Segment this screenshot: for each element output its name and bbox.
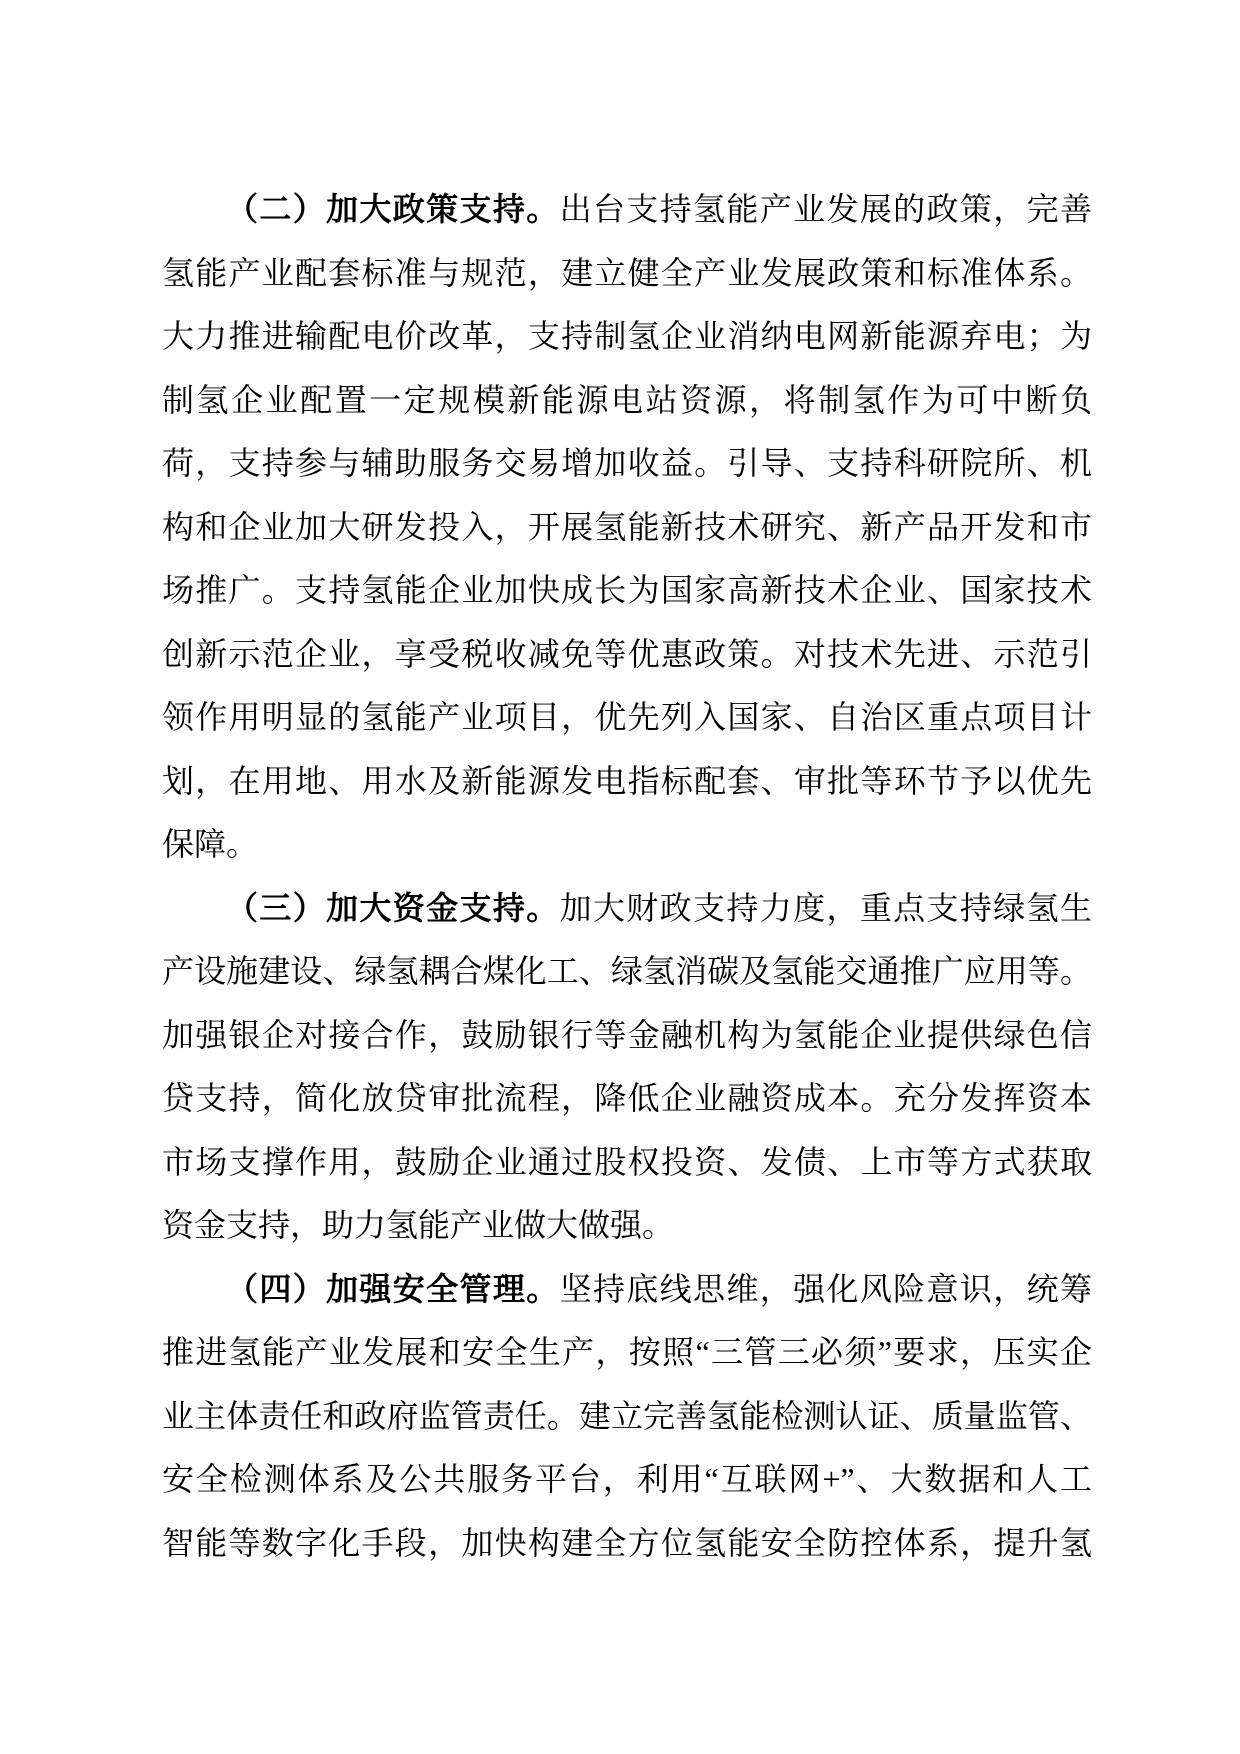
text-line: 业主体责任和政府监管责任。建立完善氢能检测认证、质量监管、 (162, 1385, 1092, 1449)
paragraph-2: （二）加大政策支持。出台支持氢能产业发展的政策，完善氢能产业配套标准与规范，建立… (162, 178, 1092, 877)
text-line: 荷，支持参与辅助服务交易增加收益。引导、支持科研院所、机 (162, 432, 1092, 496)
text-line: 创新示范企业，享受税收减免等优惠政策。对技术先进、示范引 (162, 623, 1092, 687)
text-line: 加强银企对接合作，鼓励银行等金融机构为氢能企业提供绿色信 (162, 1004, 1092, 1068)
document-body: （二）加大政策支持。出台支持氢能产业发展的政策，完善氢能产业配套标准与规范，建立… (162, 178, 1092, 1575)
text-line: 领作用明显的氢能产业项目，优先列入国家、自治区重点项目计 (162, 686, 1092, 750)
text-line: 构和企业加大研发投入，开展氢能新技术研究、新产品开发和市 (162, 496, 1092, 560)
text-line: 智能等数字化手段，加快构建全方位氢能安全防控体系，提升氢 (162, 1512, 1092, 1576)
text-line: （三）加大资金支持。加大财政支持力度，重点支持绿氢生 (162, 877, 1092, 941)
paragraph-heading: （四）加强安全管理。 (226, 1271, 560, 1307)
paragraph-4: （四）加强安全管理。坚持底线思维，强化风险意识，统筹推进氢能产业发展和安全生产，… (162, 1258, 1092, 1576)
text-line: 安全检测体系及公共服务平台，利用“互联网+”、大数据和人工 (162, 1448, 1092, 1512)
text-line: 市场支撑作用，鼓励企业通过股权投资、发债、上市等方式获取 (162, 1131, 1092, 1195)
text-line: 产设施建设、绿氢耦合煤化工、绿氢消碳及氢能交通推广应用等。 (162, 940, 1092, 1004)
paragraph-heading: （二）加大政策支持。 (226, 191, 560, 227)
paragraph-3: （三）加大资金支持。加大财政支持力度，重点支持绿氢生产设施建设、绿氢耦合煤化工、… (162, 877, 1092, 1258)
text-line: 划，在用地、用水及新能源发电指标配套、审批等环节予以优先 (162, 750, 1092, 814)
text-line: 制氢企业配置一定规模新能源电站资源，将制氢作为可中断负 (162, 369, 1092, 433)
text-line: （四）加强安全管理。坚持底线思维，强化风险意识，统筹 (162, 1258, 1092, 1322)
text-line: 贷支持，简化放贷审批流程，降低企业融资成本。充分发挥资本 (162, 1067, 1092, 1131)
document-page: （二）加大政策支持。出台支持氢能产业发展的政策，完善氢能产业配套标准与规范，建立… (0, 0, 1240, 1754)
text-line: （二）加大政策支持。出台支持氢能产业发展的政策，完善 (162, 178, 1092, 242)
text-line: 大力推进输配电价改革，支持制氢企业消纳电网新能源弃电；为 (162, 305, 1092, 369)
paragraph-heading: （三）加大资金支持。 (226, 890, 560, 926)
text-line: 氢能产业配套标准与规范，建立健全产业发展政策和标准体系。 (162, 242, 1092, 306)
text-line: 保障。 (162, 813, 1092, 877)
text-line: 场推广。支持氢能企业加快成长为国家高新技术企业、国家技术 (162, 559, 1092, 623)
text-line: 推进氢能产业发展和安全生产，按照“三管三必须”要求，压实企 (162, 1321, 1092, 1385)
text-line: 资金支持，助力氢能产业做大做强。 (162, 1194, 1092, 1258)
